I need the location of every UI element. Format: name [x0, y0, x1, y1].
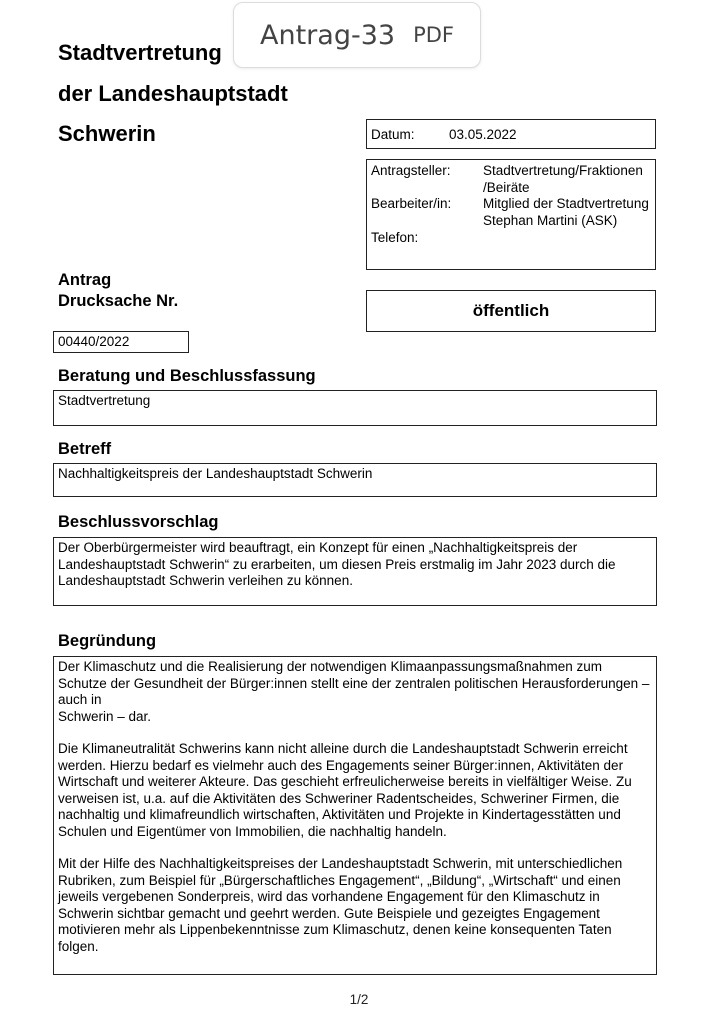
drucksache-label: Drucksache Nr.: [58, 292, 178, 311]
document-type-badge: PDF: [413, 23, 454, 47]
betreff-box: Nachhaltigkeitspreis der Landeshauptstad…: [53, 463, 657, 497]
antragsteller-box: Antragsteller: Stadtvertretung/Fraktione…: [366, 159, 656, 270]
beschlussvorschlag-content: Der Oberbürgermeister wird beauftragt, e…: [58, 540, 652, 590]
org-title-line-1: Stadtvertretung: [58, 40, 222, 66]
drucksache-number: 00440/2022: [58, 334, 129, 349]
bearbeiter-value: Mitglied der Stadtvertretung Stephan Mar…: [483, 196, 655, 229]
antragsteller-value: Stadtvertretung/Fraktionen /Beiräte: [483, 163, 655, 196]
document-name: Antrag-33: [260, 20, 395, 51]
visibility-box: öffentlich: [366, 290, 656, 332]
document-tab[interactable]: Antrag-33 PDF: [233, 2, 481, 68]
betreff-heading: Betreff: [58, 440, 111, 459]
drucksache-number-box: 00440/2022: [53, 331, 189, 353]
beratung-content: Stadtvertretung: [58, 393, 150, 408]
visibility-status: öffentlich: [473, 301, 550, 321]
begruendung-paragraph-3: Mit der Hilfe des Nachhaltigkeitspreises…: [58, 856, 652, 955]
begruendung-box: Der Klimaschutz und die Realisierung der…: [53, 656, 657, 975]
datum-value: 03.05.2022: [449, 127, 517, 142]
antrag-label: Antrag: [58, 271, 111, 290]
datum-label: Datum:: [371, 127, 449, 144]
beschlussvorschlag-heading: Beschlussvorschlag: [58, 513, 219, 532]
telefon-value: [483, 229, 655, 247]
betreff-content: Nachhaltigkeitspreis der Landeshauptstad…: [58, 466, 372, 481]
beratung-box: Stadtvertretung: [53, 390, 657, 426]
beratung-heading: Beratung und Beschlussfassung: [58, 367, 316, 386]
org-title-line-2: der Landeshauptstadt: [58, 81, 288, 107]
begruendung-paragraph-2: Die Klimaneutralität Schwerins kann nich…: [58, 741, 652, 840]
org-title-line-3: Schwerin: [58, 121, 156, 147]
begruendung-heading: Begründung: [58, 632, 156, 651]
telefon-label: Telefon:: [371, 229, 483, 247]
antragsteller-label: Antragsteller:: [371, 163, 483, 196]
beschlussvorschlag-box: Der Oberbürgermeister wird beauftragt, e…: [53, 537, 657, 606]
page-indicator: 1/2: [0, 992, 718, 1007]
datum-box: Datum:03.05.2022: [366, 119, 656, 149]
bearbeiter-label: Bearbeiter/in:: [371, 196, 483, 229]
begruendung-paragraph-1: Der Klimaschutz und die Realisierung der…: [58, 659, 652, 725]
